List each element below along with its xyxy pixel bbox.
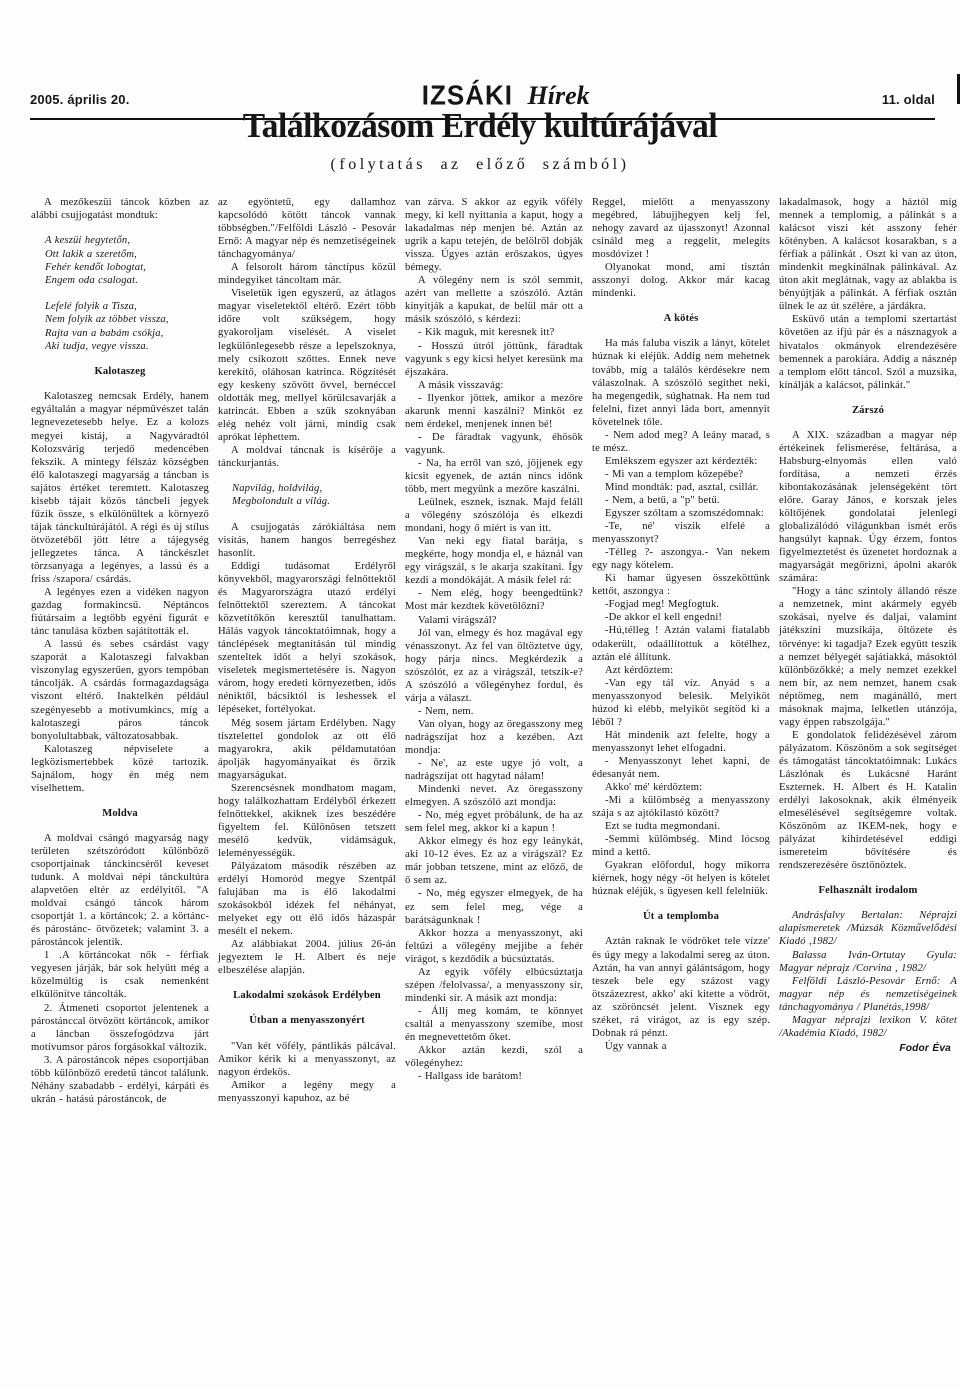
- column-3: van zárva. S akkor az egyik vőfély megy,…: [405, 196, 583, 1106]
- paragraph: -Télleg ?- aszongya.- Van nekem egy nagy…: [592, 546, 770, 572]
- paragraph: Akkor aztán kezdi, szól a vőlegényhez:: [405, 1044, 583, 1070]
- section-heading: Lakodalmi szokások Erdélyben: [224, 989, 390, 1002]
- bibliography-entry: Andrásfalvy Bertalan: Néprajzi alapismer…: [779, 909, 957, 948]
- column-1: A mezőkeszüi táncok közben az alábbi csu…: [31, 196, 209, 1106]
- paragraph: Jól van, elmegy és hoz magával egy vénas…: [405, 627, 583, 705]
- paragraph: - Mi van a templom közepébe?: [592, 468, 770, 481]
- paragraph: az egyöntetű, egy dallamhoz kapcsolódó k…: [218, 196, 396, 261]
- paragraph: Ki hamar ügyesen összeköttünk kettőt, as…: [592, 572, 770, 598]
- section-heading: Út a templomba: [598, 910, 764, 923]
- paragraph: Van neki egy fiatal barátja, s megkérte,…: [405, 535, 583, 587]
- paragraph: Hát mindenik azt felelte, hogy a menyass…: [592, 729, 770, 755]
- paragraph: A moldvai táncnak is kísérője a tánckurj…: [218, 444, 396, 470]
- page-number: 11. oldal: [882, 92, 935, 107]
- paragraph: lakadalmasok, hogy a háztól míg mennek a…: [779, 196, 957, 313]
- paragraph: Szerencsésnek mondhatom magam, hogy talá…: [218, 782, 396, 860]
- article-subtitle: (folytatás az előző számból): [0, 156, 960, 174]
- column-2: az egyöntetű, egy dallamhoz kapcsolódó k…: [218, 196, 396, 1106]
- paragraph: "Hogy a tánc szintoly állandó része a ne…: [779, 585, 957, 729]
- author-signature: Fodor Éva: [779, 1042, 957, 1055]
- paragraph: Akkor hozza a menyasszonyt, aki feltűzi …: [405, 927, 583, 966]
- paragraph: Azt kérdöztem:: [592, 664, 770, 677]
- paragraph: "Van két vőfély, pántlikás pálcával. Ami…: [218, 1040, 396, 1079]
- paragraph: A másik visszavág:: [405, 379, 583, 392]
- article-title: Találkozásom Erdély kultúrájával: [19, 106, 941, 146]
- paragraph: - Hallgass ide barátom!: [405, 1070, 583, 1083]
- section-heading: Felhasznált irodalom: [785, 884, 951, 897]
- paragraph: Akko' mé' kérdöztem:: [592, 781, 770, 794]
- column-5: lakadalmasok, hogy a háztól míg mennek a…: [779, 196, 957, 1106]
- paragraph: -Fogjad meg! Megfogtuk.: [592, 598, 770, 611]
- paragraph: A vőlegény nem is szól semmit, azért van…: [405, 274, 583, 326]
- paragraph: Az egyik vőfély elbúcsúztatja szépen /fe…: [405, 966, 583, 1005]
- paragraph: Akkor elmegy és hoz egy leánykát, aki 10…: [405, 835, 583, 887]
- paragraph: E gondolatok felidézésével zárom pályáza…: [779, 729, 957, 873]
- newspaper-page: 2005. április 20. IZSÁKI Hírek 11. oldal…: [0, 0, 960, 1388]
- section-heading: A kötés: [598, 312, 764, 325]
- paragraph: - Állj meg komám, te könnyet csaltál a m…: [405, 1005, 583, 1044]
- paragraph: A felsorolt három tánctípus közül mindeg…: [218, 261, 396, 287]
- paragraph: A csujjogatás zárókiáltása nem visítás, …: [218, 521, 396, 560]
- column-4: Reggel, mielőtt a menyasszony megébred, …: [592, 196, 770, 1106]
- paragraph: Eddigi tudásomat Erdélyről könyvekből, m…: [218, 560, 396, 717]
- paragraph: -Hú,télleg ! Aztán valami fiatalabb odak…: [592, 624, 770, 663]
- paragraph: Olyanokat mond, ami tisztán asszonyi dol…: [592, 261, 770, 300]
- paragraph: -De akkor el kell engedni!: [592, 611, 770, 624]
- paragraph: Pályázatom második részében az erdélyi H…: [218, 860, 396, 938]
- paragraph: - Menyasszonyt lehet kapni, de édesanyát…: [592, 755, 770, 781]
- paragraph: van zárva. S akkor az egyik vőfély megy,…: [405, 196, 583, 274]
- paragraph: - Nem, nem.: [405, 705, 583, 718]
- paragraph: 3. A párostáncok népes csoportjában több…: [31, 1054, 209, 1106]
- paragraph: Az alábbiakat 2004. július 26-án jegyezt…: [218, 938, 396, 977]
- section-heading: Kalotaszeg: [37, 365, 203, 378]
- paragraph: Esküvő után a templomi szertartást követ…: [779, 313, 957, 391]
- bibliography-entry: Balassa Iván-Ortutay Gyula: Magyar népra…: [779, 949, 957, 975]
- paragraph: Kalotaszeg nemcsak Erdély, hanem egyálta…: [31, 390, 209, 586]
- section-heading: Útban a menyasszonyért: [224, 1014, 390, 1027]
- verse: Napvilág, holdvilág, Megbolondult a vilá…: [232, 482, 396, 509]
- paragraph: A XIX. században a magyar nép értékeinek…: [779, 429, 957, 586]
- verse: A keszüi hegytetőn, Ott lakik a szeretőm…: [45, 234, 209, 288]
- paragraph: - No, még egyszer elmegyek, de ha ez sem…: [405, 887, 583, 926]
- paragraph: A moldvai csángó magyarság nagy területe…: [31, 832, 209, 949]
- paragraph: - Nem adod meg? A leány marad, s te mész…: [592, 429, 770, 455]
- paragraph: Valami virágszál?: [405, 614, 583, 627]
- paragraph: Leülnek, esznek, isznak. Majd feláll a v…: [405, 496, 583, 535]
- paragraph: - Kik maguk, mit keresnek itt?: [405, 326, 583, 339]
- paragraph: Viseletük igen egyszerű, az átlagos magy…: [218, 287, 396, 444]
- paragraph: 1 .A körtáncokat nők - férfiak vegyesen …: [31, 949, 209, 1001]
- paragraph: Aztán raknak le vödröket tele vízze' és …: [592, 935, 770, 1039]
- verse: Lefelé folyik a Tisza, Nem folyik az töb…: [45, 300, 209, 354]
- paragraph: - Ilyenkor jöttek, amikor a mezőre akaru…: [405, 392, 583, 431]
- paragraph: Ha más faluba viszik a lányt, kötelet hú…: [592, 337, 770, 428]
- paragraph: - Hosszú útról jöttünk, fáradtak vagyunk…: [405, 340, 583, 379]
- paragraph: A lassú és sebes csárdást vagy szaporát …: [31, 638, 209, 742]
- paragraph: Emlékszem egyszer azt kérdezték:: [592, 455, 770, 468]
- paragraph: Még sosem jártam Erdélyben. Nagy tisztel…: [218, 717, 396, 782]
- paragraph: -Mi a külömbség a menyasszony szája s az…: [592, 794, 770, 820]
- paragraph: Mindenki nevet. Az öregasszony elmegyen.…: [405, 783, 583, 809]
- paragraph: - De fáradtak vagyunk, éhösök vagyunk.: [405, 431, 583, 457]
- paragraph: -Te, né' viszik elfelé a menyasszonyt?: [592, 520, 770, 546]
- paragraph: Gyakran előfordul, hogy mikorra kiérnek,…: [592, 859, 770, 898]
- paragraph: -Semmi külömbség. Mind lócsog mind a ket…: [592, 833, 770, 859]
- paragraph: Ezt se tudta megmondani.: [592, 820, 770, 833]
- paragraph: Van olyan, hogy az öregasszony meg nadrá…: [405, 718, 583, 757]
- paragraph: - Nem elég, hogy beengedtünk? Most már k…: [405, 587, 583, 613]
- paragraph: Reggel, mielőtt a menyasszony megébred, …: [592, 196, 770, 261]
- section-heading: Moldva: [37, 807, 203, 820]
- paragraph: Úgy vannak a: [592, 1040, 770, 1053]
- bibliography-entry: Magyar néprajzi lexikon V. kötet /Akadém…: [779, 1014, 957, 1040]
- paragraph: Egyszer szóltam a szomszédomnak:: [592, 507, 770, 520]
- paragraph: - Na, ha erről van szó, jöjjenek egy kic…: [405, 457, 583, 496]
- article-columns: A mezőkeszüi táncok közben az alábbi csu…: [31, 196, 958, 1106]
- paragraph: - Ne', az este ugye jó volt, a nadrágszí…: [405, 757, 583, 783]
- paragraph: -Van egy tál víz. Anyád s a menyasszonyo…: [592, 677, 770, 729]
- paragraph: A mezőkeszüi táncok közben az alábbi csu…: [31, 196, 209, 222]
- paragraph: - Nem, a betű, a "p" betű.: [592, 494, 770, 507]
- paragraph: Kalotaszeg népviselete a legközismertebb…: [31, 743, 209, 795]
- paragraph: Mind mondták: pad, asztal, csillár.: [592, 481, 770, 494]
- bibliography-entry: Felföldi László-Pesovár Ernő: A magyar n…: [779, 975, 957, 1014]
- paragraph: - No, még egyet próbálunk, de ha az sem …: [405, 809, 583, 835]
- paragraph: A legényes ezen a vidéken nagyon gazdag …: [31, 586, 209, 638]
- issue-date: 2005. április 20.: [30, 92, 130, 107]
- paragraph: Amikor a legény megy a menyasszonyi kapu…: [218, 1079, 396, 1105]
- paragraph: 2. Átmeneti csoportot jelentenek a páros…: [31, 1002, 209, 1054]
- section-heading: Zárszó: [785, 404, 951, 417]
